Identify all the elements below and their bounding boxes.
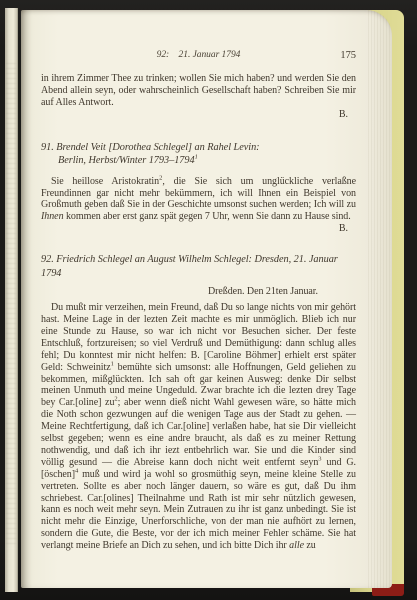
running-header: 92: 21. Januar 1794 175 — [41, 50, 356, 61]
letter-90-text: in ihrem Zimmer Thee zu trinken; wollen … — [41, 73, 356, 108]
page-number: 175 — [340, 50, 356, 61]
footnote-marker-1: 1 — [195, 154, 198, 161]
letter-92-dateline: Dreßden. Den 21ten Januar. — [41, 286, 356, 298]
letter-91-body-segment: Sie heillose Aristokratin — [51, 176, 159, 187]
letter-91-heading-line2: Berlin, Herbst/Winter 1793–17941 — [58, 154, 356, 168]
letter-92-body-emphasis: alle — [289, 540, 304, 551]
letter-91-body-emphasis: Ihnen — [41, 211, 64, 222]
letter-92-heading: 92. Friedrich Schlegel an August Wilhelm… — [41, 253, 356, 280]
page-content: 92: 21. Januar 1794 175 in ihrem Zimmer … — [41, 50, 356, 568]
running-header-text: 92: 21. Januar 1794 — [157, 50, 241, 60]
facing-page-edge — [5, 8, 18, 592]
letter-92-body-segment: zu — [304, 540, 316, 551]
letter-91-heading-line1: 91. Brendel Veit [Dorothea Schlegel] an … — [41, 141, 356, 155]
letter-91-body: Sie heillose Aristokratin2, die Sie sich… — [41, 176, 356, 224]
letter-91-heading: 91. Brendel Veit [Dorothea Schlegel] an … — [41, 141, 356, 168]
letter-92-body-segment: muß und wird ja wohl so grosmüthig seyn,… — [41, 469, 356, 551]
letter-91-signature: B. — [41, 223, 356, 235]
letter-90-signature: B. — [41, 109, 356, 121]
letter-91-body-segment: kommen aber erst ganz spät gegen 7 Uhr, … — [64, 211, 351, 222]
book-page: 92: 21. Januar 1794 175 in ihrem Zimmer … — [21, 10, 392, 588]
letter-91-heading-line2-text: Berlin, Herbst/Winter 1793–1794 — [58, 155, 195, 166]
letter-90-continuation-paragraph: in ihrem Zimmer Thee zu trinken; wollen … — [41, 73, 356, 109]
letter-92-body: Du mußt mir verzeihen, mein Freund, daß … — [41, 302, 356, 552]
scanned-book-photo: 92: 21. Januar 1794 175 in ihrem Zimmer … — [0, 0, 417, 600]
